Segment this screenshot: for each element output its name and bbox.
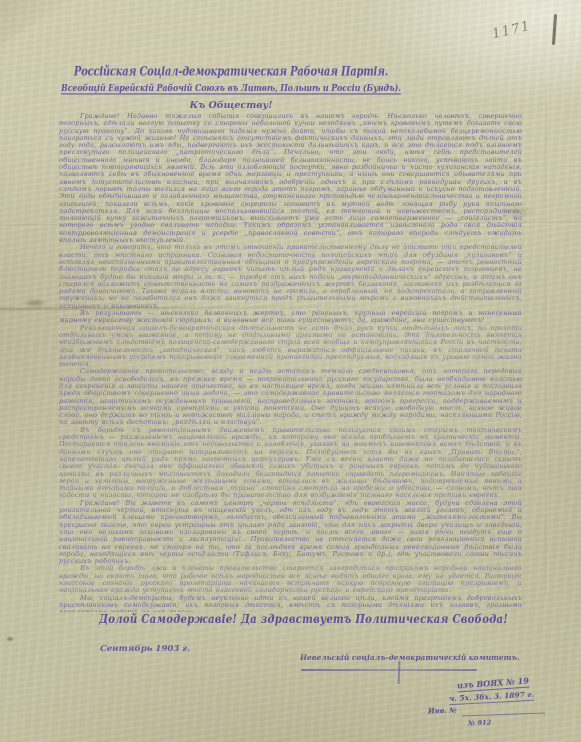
signature-underline xyxy=(301,669,477,671)
pencil-catalog-number: 1171 xyxy=(491,19,532,42)
body-paragraph: Въ этой борьбѣ лжи и клеветы правительст… xyxy=(59,565,522,594)
leaflet-body: Граждане! Недавно тяжелыя событія соверш… xyxy=(59,113,522,612)
paper-speck xyxy=(6,636,14,642)
vertical-fold-crease xyxy=(545,85,548,595)
diagonal-wrinkle xyxy=(21,546,56,718)
archival-note-line: № 912 xyxy=(468,719,491,728)
party-name-line: Россійская Соціал-демократическая Рабоча… xyxy=(23,64,439,79)
paper-tear-blotch xyxy=(22,298,48,308)
bund-name-line: Всеобщій Еврейскій Рабочій Союзъ въ Литв… xyxy=(18,84,443,95)
corner-mark-stroke xyxy=(552,14,557,45)
body-paragraph: Нечего и говорить, что только въ этомъ о… xyxy=(59,244,522,310)
date-line: Сентябрь 1903 г. xyxy=(100,644,190,654)
salutation-heading: Къ Обществу! xyxy=(0,100,462,111)
archival-note-blank-line xyxy=(462,713,545,717)
body-paragraph: Граждане! Вы живете въ самомъ центрѣ „че… xyxy=(59,500,522,566)
archival-note-line: Инв. № xyxy=(428,706,457,716)
signature-flourish xyxy=(398,661,401,684)
body-paragraph: Революціонная соціалъ-демократическая дѣ… xyxy=(59,325,522,369)
scanned-leaflet-page: 1171 Россійская Соціал-демократическая Р… xyxy=(0,0,581,742)
body-paragraph: Мы, соціалъ-демократы, будемъ неуклонно … xyxy=(59,595,522,612)
body-paragraph: Самодержавное правительство, всюду и вез… xyxy=(59,368,522,426)
body-paragraph: Въ борьбѣ съ революціоннымъ движеніемъ п… xyxy=(59,427,522,500)
body-paragraph: Въ результатѣ — нѣсколько безвинныхъ жер… xyxy=(59,310,522,325)
slogan-line: Долой Самодержавіе! Да здравствуетъ Поли… xyxy=(99,613,508,626)
body-paragraph: Граждане! Недавно тяжелыя событія соверш… xyxy=(59,113,522,244)
committee-signature: Невельскій соціалъ-демократическій комит… xyxy=(300,653,485,662)
paper-corner-fold xyxy=(0,0,70,46)
